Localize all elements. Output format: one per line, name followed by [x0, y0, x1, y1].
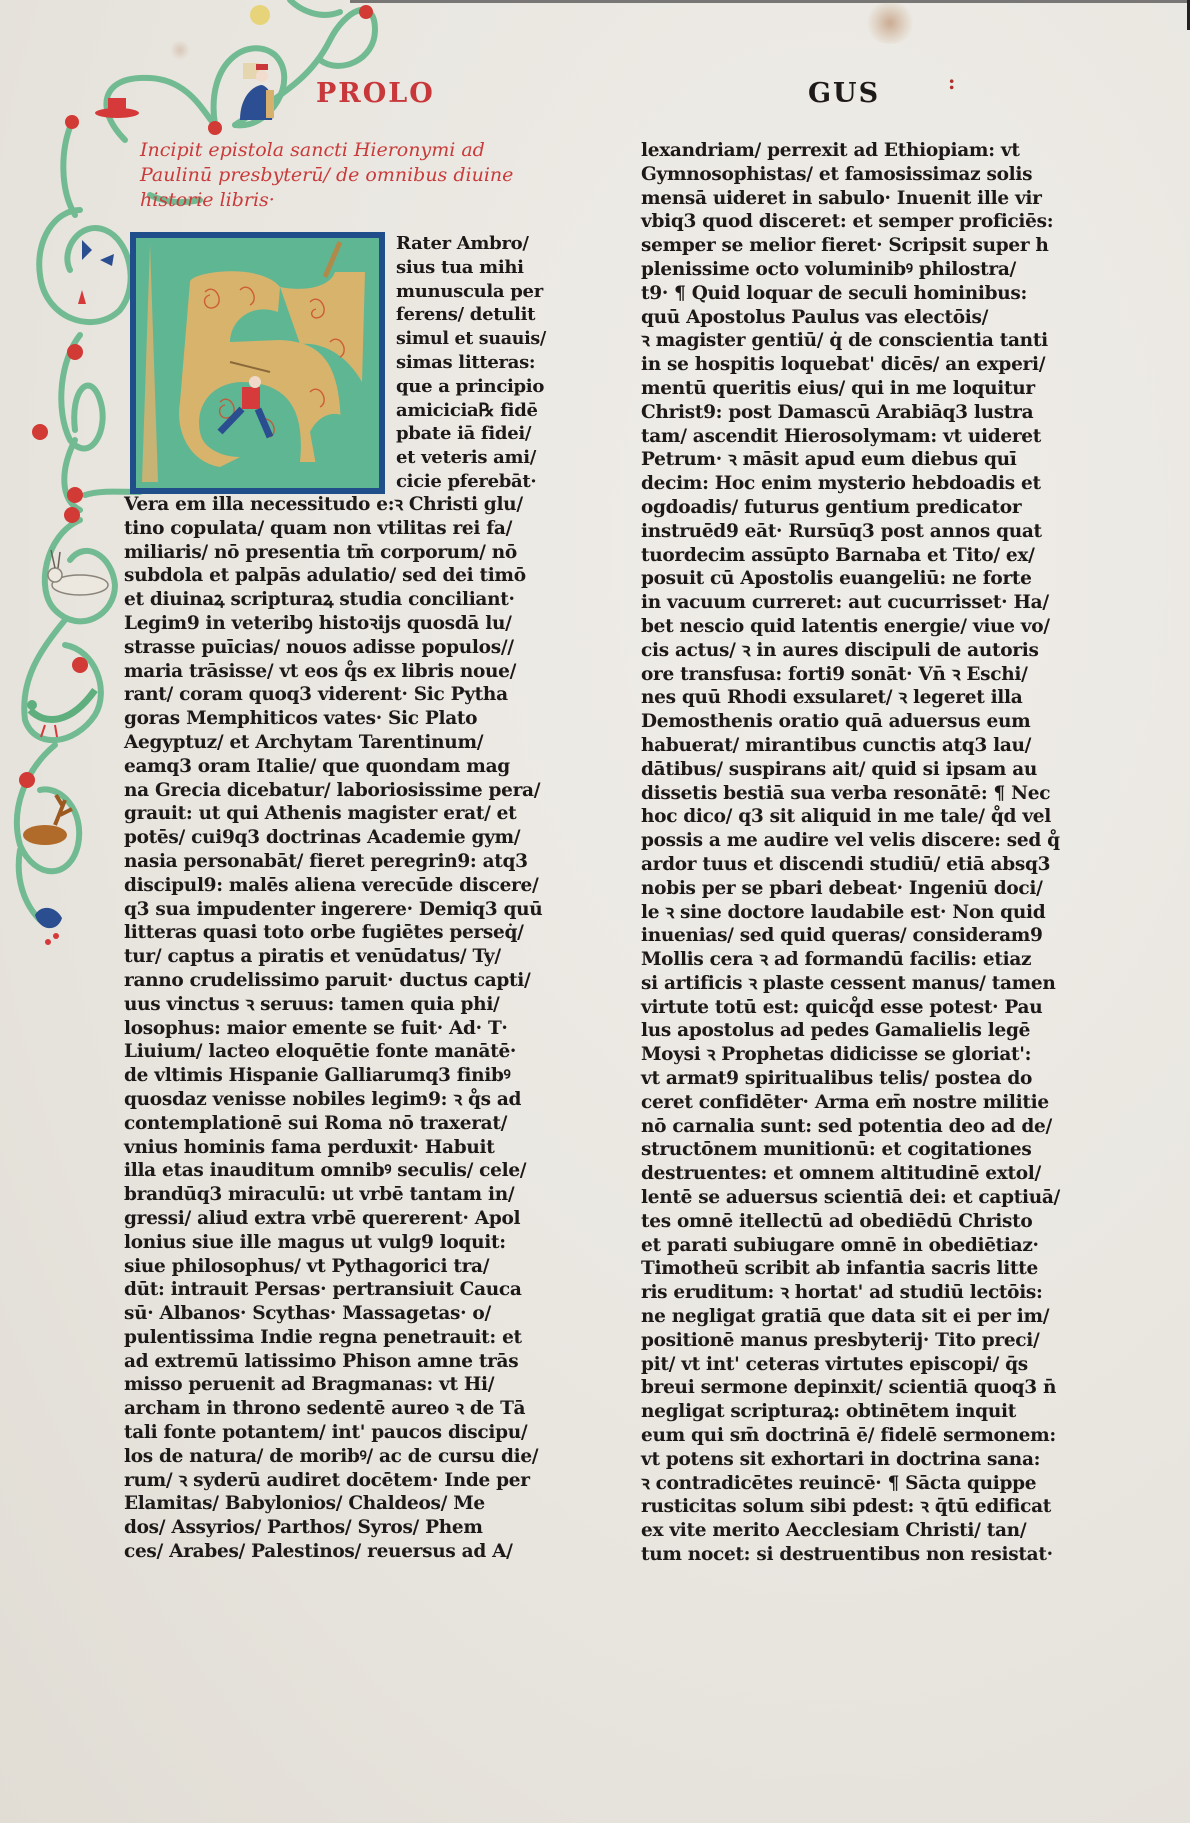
text-line: instruēd9 eāt· Rursūq3 post annos quat	[641, 520, 1061, 544]
text-line: rusticitas solum sibi pdest: ꝛ q̄tū edif…	[641, 1495, 1061, 1519]
foxing-stain	[865, 2, 915, 44]
text-line: mensā uideret in sabulo· Inuenit ille vi…	[641, 187, 1061, 211]
text-line: ne negligat gratiā que data sit ei per i…	[641, 1305, 1061, 1329]
text-line: mentū queritis eius/ qui in me loquitur	[641, 377, 1061, 401]
text-column-right: lexandriam/ perrexit ad Ethiopiam: vtGym…	[641, 139, 1061, 1567]
running-header-right: GUS	[808, 78, 880, 109]
text-line: hoc dico/ q3 sit aliquid in me tale/ q̊d…	[641, 805, 1061, 829]
text-line: habuerat/ mirantibus cunctis atq3 lau/	[641, 734, 1061, 758]
text-line: simul et suauis/	[396, 327, 541, 351]
text-column-left-beside-initial: Rater Ambro/ sius tua mihi munuscula per…	[396, 232, 546, 494]
text-line: nobis per se pbari debeat· Ingeniū doci/	[641, 877, 1061, 901]
text-line: Elamitas/ Babylonios/ Chaldeos/ Me	[124, 1492, 554, 1516]
text-line: dissetis bestiā sua verba resonātē: ¶ Ne…	[641, 782, 1061, 806]
text-line: in vacuum curreret: aut cucurrisset· Ha/	[641, 591, 1061, 615]
text-line: Vera em illa necessitudo e:ꝛ Christi glu…	[124, 493, 554, 517]
rubric-incipit: Incipit epistola sancti Hieronymi ad Pau…	[140, 138, 550, 213]
text-line: tes omnē itellectū ad obediēdū Christo	[641, 1210, 1061, 1234]
text-line: ꝛ magister gentiū/ q̇ de conscientia tan…	[641, 329, 1061, 353]
text-line: vt armat9 spiritualibus telis/ postea do	[641, 1067, 1061, 1091]
text-line: dos/ Assyrios/ Parthos/ Syros/ Phem	[124, 1516, 554, 1540]
text-line: gressi/ aliud extra vrbē quererent· Apol	[124, 1207, 554, 1231]
text-line: ore transfusa: forti9 sonāt· Vn̄ ꝛ Eschi…	[641, 663, 1061, 687]
text-line: maria trāsisse/ vt eos q̊s ex libris nou…	[124, 660, 554, 684]
text-line: eamq3 oram Italie/ que quondam mag	[124, 755, 554, 779]
text-line: Christ9: post Damascū Arabiāq3 lustra	[641, 401, 1061, 425]
text-line: lus apostolus ad pedes Gamalielis legē	[641, 1019, 1061, 1043]
text-line: structōnem munitionū: et cogitationes	[641, 1138, 1061, 1162]
text-line: na Grecia dicebatur/ laboriosissime pera…	[124, 779, 554, 803]
text-line: munuscula per	[396, 280, 546, 304]
scholar-figure	[240, 63, 274, 120]
rubric-line: historie libris·	[140, 188, 550, 213]
manuscript-page: PROLO GUS : Incipit epistola sancti Hier…	[0, 0, 1190, 1823]
text-line: plenissime octo voluminibꝰ philostra/	[641, 258, 1061, 282]
text-line: lonius siue ille magus ut vulg9 loquit:	[124, 1231, 554, 1255]
text-line: goras Memphiticos vates· Sic Plato	[124, 707, 554, 731]
text-line: semper se melior fieret· Scripsit super …	[641, 234, 1061, 258]
text-line: pulentissima Indie regna penetrauit: et	[124, 1326, 554, 1350]
text-line: que a principio	[396, 375, 546, 399]
text-line: ranno crudelissimo paruit· ductus capti/	[124, 969, 554, 993]
text-line: si artificis ꝛ plaste cessent manus/ tam…	[641, 972, 1061, 996]
text-line: ardor tuus et discendi studiū/ etiā absq…	[641, 853, 1061, 877]
text-line: rant/ coram quoq3 viderent· Sic Pytha	[124, 683, 554, 707]
text-line: le ꝛ sine doctore laudabile est· Non qui…	[641, 901, 1061, 925]
text-line: dātibus/ suspirans ait/ quid si ipsam au	[641, 758, 1061, 782]
text-line: ceret confidēter· Arma em̄ nostre militi…	[641, 1091, 1061, 1115]
text-line: nes quū Rhodi exsularet/ ꝛ legeret illa	[641, 686, 1061, 710]
text-line: ogdoadis/ futurus gentium predicator	[641, 496, 1061, 520]
stag-figure	[23, 795, 72, 845]
text-line: pit/ vt int' ceteras virtutes episcopi/ …	[641, 1353, 1061, 1377]
rubric-line: Paulinū presbyterū/ de omnibus diuine	[140, 163, 550, 188]
text-line: sius tua mihi	[396, 256, 546, 280]
text-line: inuenias/ sed quid queras/ consideram9	[641, 924, 1061, 948]
running-header-left: PROLO	[316, 78, 435, 109]
text-line: cicie pferebāt·	[396, 470, 546, 494]
text-line: q3 sua impudenter ingerere· Demiq3 quū	[124, 898, 554, 922]
text-line: decim: Hoc enim mysterio hebdoadis et	[641, 472, 1061, 496]
text-line: destruentes: et omnem altitudinē extol/	[641, 1162, 1061, 1186]
text-line: rum/ ꝛ syderū audiret docētem· Inde per	[124, 1469, 554, 1493]
text-line: Rater Ambro/	[396, 232, 546, 256]
text-line: t9· ¶ Quid loquar de seculi hominibus:	[641, 282, 1061, 306]
text-line: contemplationē sui Roma nō traxerat/	[124, 1112, 554, 1136]
text-line: posuit cū Apostolis euangeliū: ne forte	[641, 567, 1061, 591]
text-line: nasia personabāt/ fieret peregrin9: atq3	[124, 850, 554, 874]
text-line: Moysi ꝛ Prophetas didicisse se gloriat':	[641, 1043, 1061, 1067]
text-line: Timotheū scribit ab infantia sacris litt…	[641, 1257, 1061, 1281]
text-line: ces/ Arabes/ Palestinos/ reuersus ad A/	[124, 1540, 554, 1564]
text-line: bet nescio quid latentis energie/ viue v…	[641, 615, 1061, 639]
text-line: potēs/ cui9q3 doctrinas Academie gym/	[124, 826, 554, 850]
text-line: ꝛ contradicētes reuincē· ¶ Sācta quippe	[641, 1472, 1061, 1496]
text-line: siue philosophus/ vt Pythagorici tra/	[124, 1255, 554, 1279]
text-line: ris eruditum: ꝛ hortat' ad studiū lectōi…	[641, 1281, 1061, 1305]
text-line: breui sermone depinxit/ scientiā quoq3 n…	[641, 1376, 1061, 1400]
text-line: Legim9 in veteribꝯ histoꝛijs quosdā lu/	[124, 612, 554, 636]
text-line: tuordecim assūpto Barnaba et Tito/ ex/	[641, 544, 1061, 568]
text-line: quosdaz venisse nobiles legim9: ꝛ q̊s ad	[124, 1088, 554, 1112]
text-line: vt potens sit exhortari in doctrina sana…	[641, 1448, 1061, 1472]
text-line: miliaris/ nō presentia tm̄ corporum/ nō	[124, 541, 554, 565]
text-line: vnius hominis fama perduxit· Habuit	[124, 1136, 554, 1160]
text-line: lexandriam/ perrexit ad Ethiopiam: vt	[641, 139, 1061, 163]
text-line: illa etas inauditum omnibꝰ seculis/ cele…	[124, 1159, 554, 1183]
text-line: tur/ captus a piratis et venūdatus/ Ty/	[124, 945, 554, 969]
text-line: dūt: intrauit Persas· pertransiuit Cauca	[124, 1278, 554, 1302]
text-line: ad extremū latissimo Phison amne trās	[124, 1350, 554, 1374]
text-line: strasse puīcias/ nouos adisse populos//	[124, 636, 554, 660]
text-line: cis actus/ ꝛ in aures discipuli de autor…	[641, 639, 1061, 663]
text-line: Liuium/ lacteo eloquētie fonte manātē·	[124, 1040, 554, 1064]
text-line: simas litteras:	[396, 351, 546, 375]
text-line: eum qui sm̄ doctrinā ē/ fidelē sermonem:	[641, 1424, 1061, 1448]
text-line: et veteris ami/	[396, 446, 546, 470]
text-line: brandūq3 miraculū: ut vrbē tantam in/	[124, 1183, 554, 1207]
text-line: possis a me audire vel velis discere: se…	[641, 829, 1061, 853]
text-line: nō carnalia sunt: sed potentia deo ad de…	[641, 1115, 1061, 1139]
text-line: Demosthenis oratio quā aduersus eum	[641, 710, 1061, 734]
text-line: sū· Albanos· Scythas· Massagetas· o/	[124, 1302, 554, 1326]
text-line: discipul9: malēs aliena verecūde discere…	[124, 874, 554, 898]
text-line: et diuinaꝝ scripturaꝝ studia conciliant·	[124, 588, 554, 612]
text-line: los de natura/ de moribꝰ/ ac de cursu di…	[124, 1445, 554, 1469]
text-line: Aegyptuz/ et Archytam Tarentinum/	[124, 731, 554, 755]
text-line: grauit: ut qui Athenis magister erat/ et	[124, 802, 554, 826]
text-line: quū Apostolus Paulus vas electōis/	[641, 306, 1061, 330]
text-line: litteras quasi toto orbe fugiētes perseq…	[124, 921, 554, 945]
text-line: Petrum· ꝛ māsit apud eum diebus quī	[641, 448, 1061, 472]
text-line: tam/ ascendit Hierosolymam: vt uideret	[641, 425, 1061, 449]
text-line: de vltimis Hispanie Galliarumq3 finibꝰ	[124, 1064, 554, 1088]
text-line: ex vite merito Aecclesiam Christi/ tan/	[641, 1519, 1061, 1543]
text-line: vbiq3 quod disceret: et semper proficiēs…	[641, 210, 1061, 234]
text-line: lentē se aduersus scientiā dei: et capti…	[641, 1186, 1061, 1210]
text-line: et parati subiugare omnē in obediētiaz·	[641, 1234, 1061, 1258]
text-line: Gymnosophistas/ et famosissimaz solis	[641, 163, 1061, 187]
text-line: losophus: maior emente se fuit· Ad· T·	[124, 1017, 554, 1041]
text-line: tali fonte potantem/ int' paucos discipu…	[124, 1421, 554, 1445]
text-line: positionē manus presbyterij· Tito preci/	[641, 1329, 1061, 1353]
illuminated-initial	[130, 232, 385, 494]
text-line: subdola et palpās adulatio/ sed dei timō	[124, 564, 554, 588]
text-line: in se hospitis loquebat' dicēs/ an exper…	[641, 353, 1061, 377]
text-column-left: Vera em illa necessitudo e:ꝛ Christi glu…	[124, 493, 554, 1564]
rubric-line: Incipit epistola sancti Hieronymi ad	[140, 138, 550, 163]
text-line: tum nocet: si destruentibus non resistat…	[641, 1543, 1061, 1567]
text-line: pbate iā fidei/	[396, 422, 546, 446]
text-line: ferens/ detulit	[396, 303, 546, 327]
text-line: tino copulata/ quam non vtilitas rei fa/	[124, 517, 554, 541]
text-line: Mollis cera ꝛ ad formandū facilis: etiaz	[641, 948, 1061, 972]
text-line: misso peruenit ad Bragmanas: vt Hi/	[124, 1373, 554, 1397]
header-mark: :	[948, 75, 955, 89]
text-line: amicicia℞ fidē	[396, 399, 546, 423]
text-line: uus vinctus ꝛ seruus: tamen quia phi/	[124, 993, 554, 1017]
text-line: negligat scripturaꝝ: obtinētem inquit	[641, 1400, 1061, 1424]
text-line: virtute totū est: quicq̊d esse potest· P…	[641, 996, 1061, 1020]
text-line: archam in throno sedentē aureo ꝛ de Tā	[124, 1397, 554, 1421]
